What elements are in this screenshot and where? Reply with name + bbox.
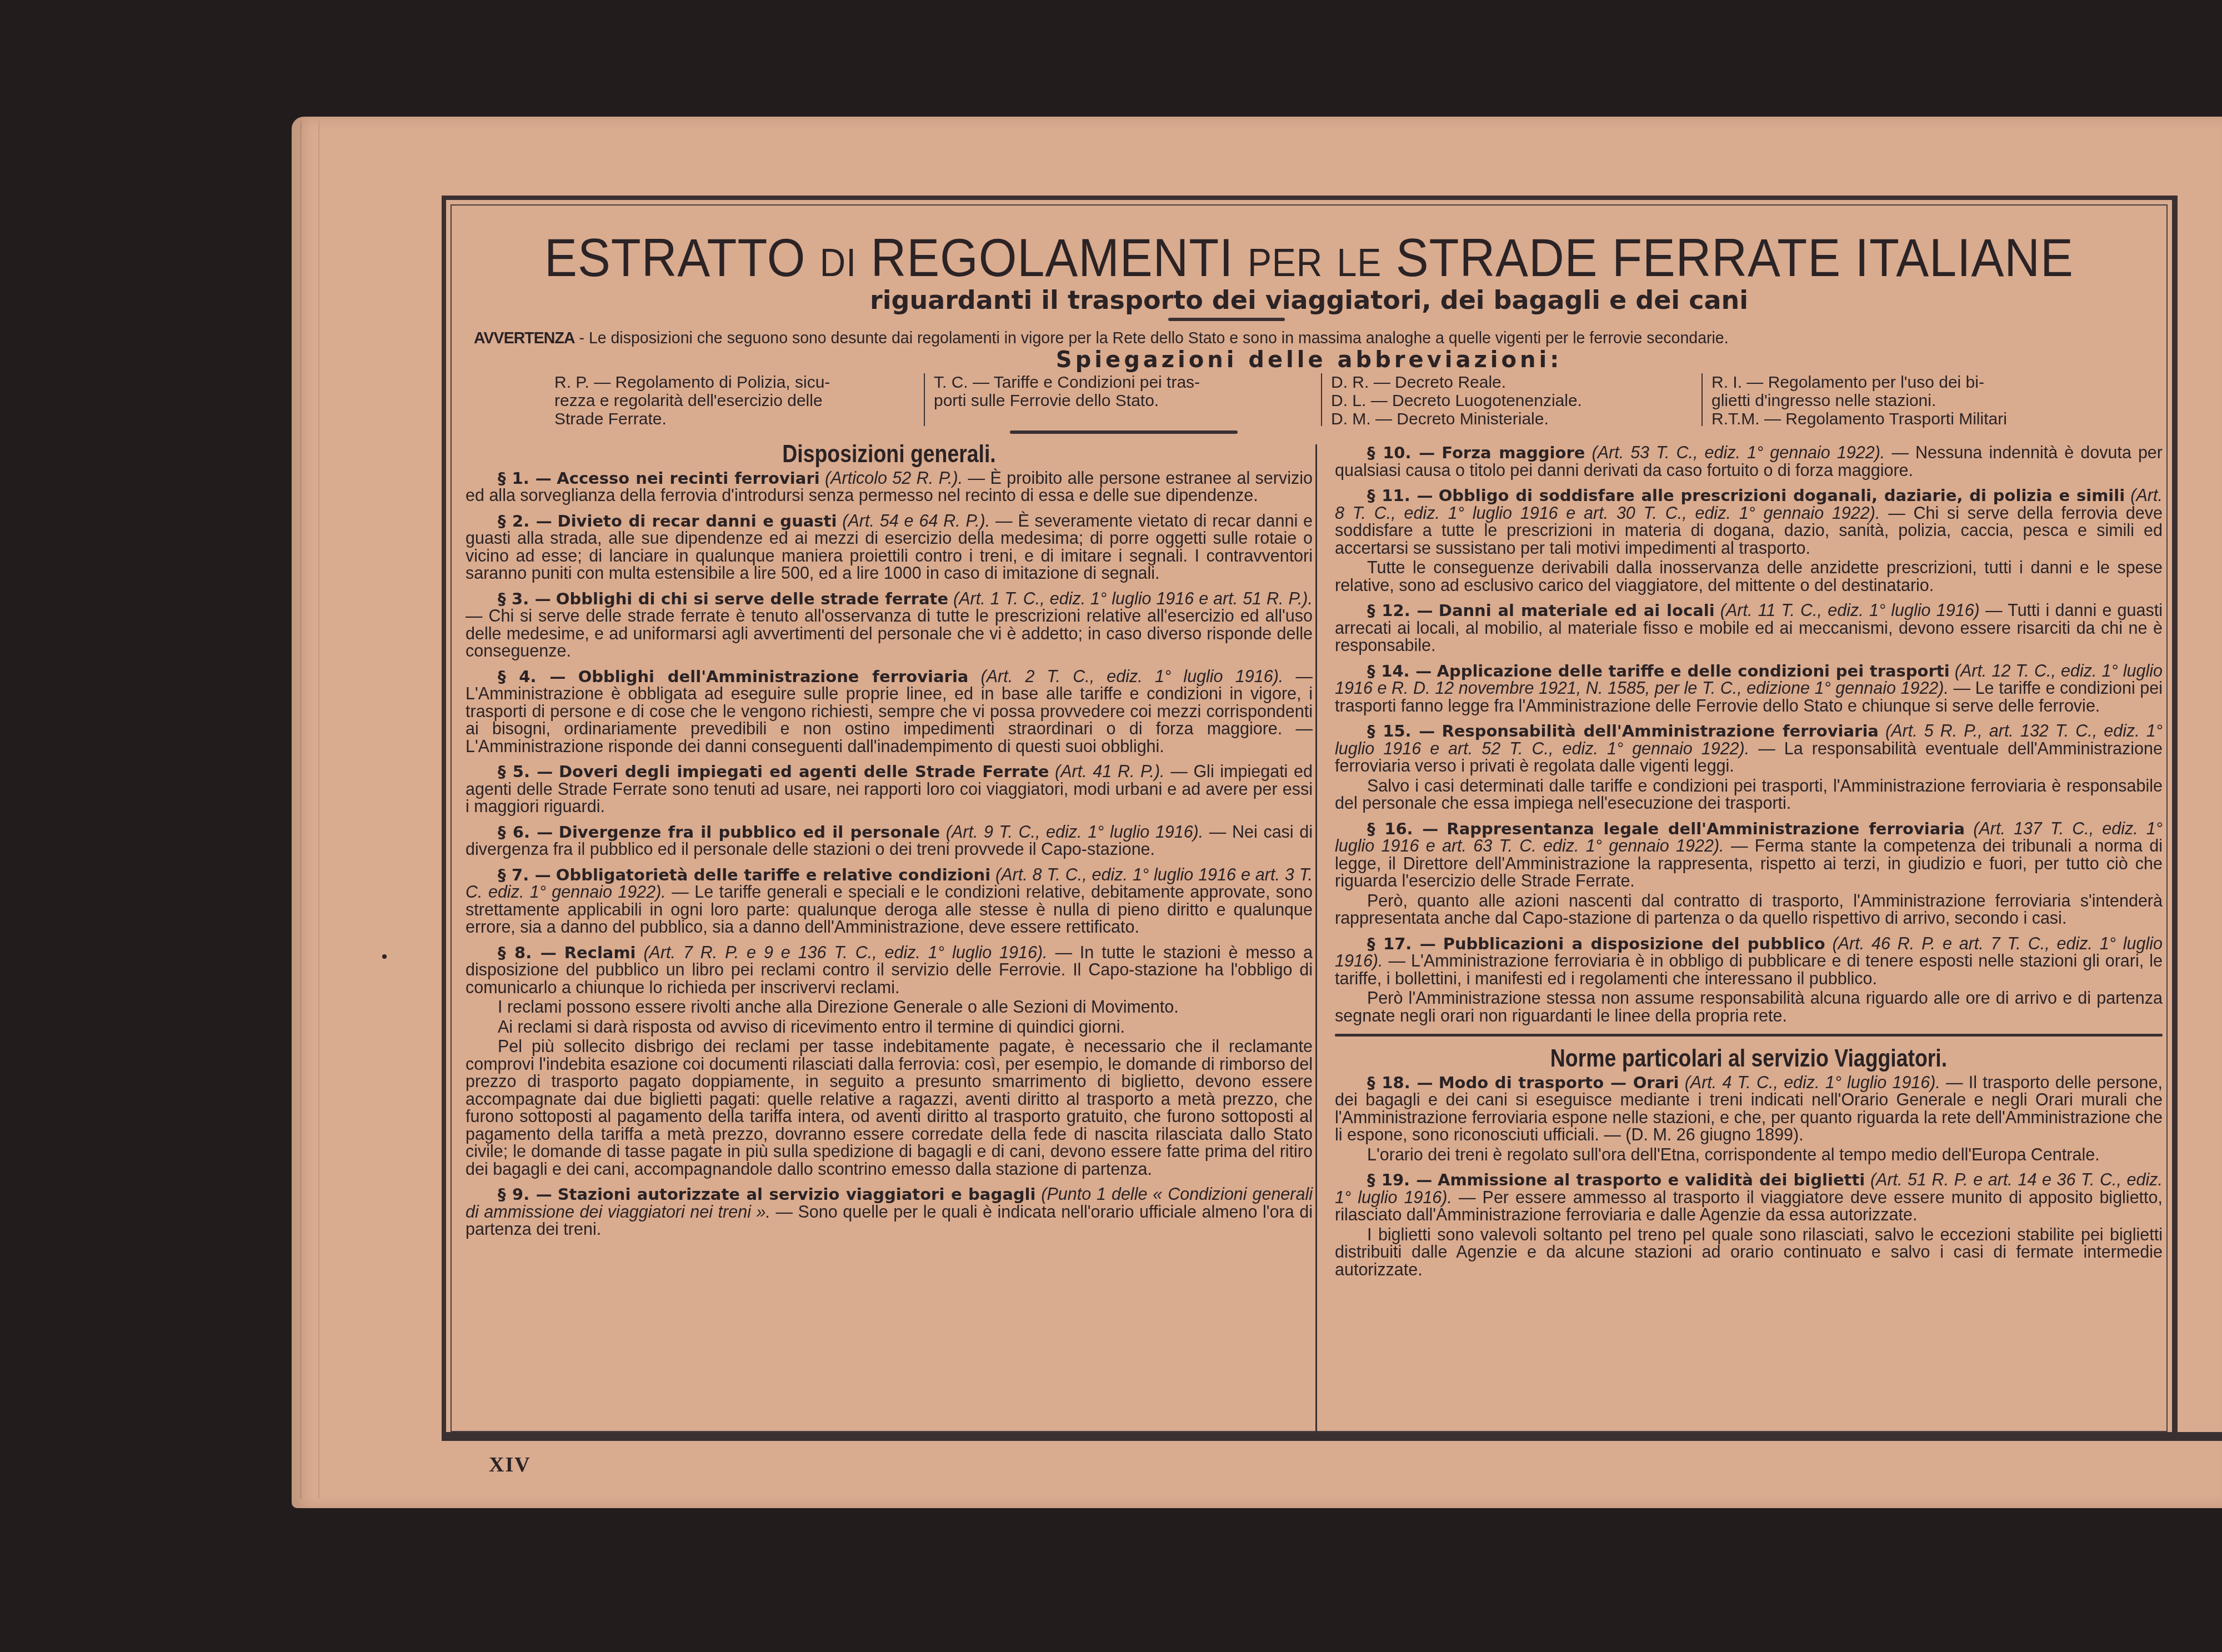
paragraph-reference: (Art. 9 T. C., ediz. 1° luglio 1916).: [940, 823, 1203, 842]
title-word: LE: [1337, 241, 1382, 284]
bottom-rule: [442, 1432, 2222, 1441]
title-word: DI: [820, 241, 857, 284]
abbreviation-entry: R. I. — Regolamento per l'uso dei bi- gl…: [1701, 373, 2067, 426]
paragraph-reference: (Articolo 52 R. P.).: [820, 469, 963, 488]
regulation-paragraph: § 1. — Accesso nei recinti ferroviari (A…: [466, 470, 1313, 505]
paragraph-number: § 12. —: [1335, 601, 1433, 620]
paragraph-text: — Chi si serve delle strade ferrate è te…: [466, 607, 1313, 660]
regulation-paragraph: § 16. — Rappresentanza legale dell'Ammin…: [1335, 820, 2163, 890]
left-paragraphs: § 1. — Accesso nei recinti ferroviari (A…: [466, 470, 1313, 1239]
paragraph-heading: Danni al materiale ed ai locali: [1439, 601, 1715, 620]
abbreviation-line: D. L. — Decreto Luogotenenziale.: [1331, 392, 1620, 410]
document-title: ESTRATTO DI REGOLAMENTI PER LE STRADE FE…: [515, 228, 2103, 289]
regulation-paragraph: § 19. — Ammissione al trasporto e validi…: [1335, 1172, 2163, 1224]
paragraph-heading: Modo di trasporto — Orari: [1439, 1073, 1679, 1092]
abbreviation-line: R. P. — Regolamento di Polizia, sicu-: [554, 373, 799, 392]
paragraph-heading: Divieto di recar danni e guasti: [558, 512, 837, 530]
regulation-paragraph: § 11. — Obbligo di soddisfare alle presc…: [1335, 487, 2163, 557]
regulation-paragraph: § 3. — Obblighi di chi si serve delle st…: [466, 590, 1313, 660]
paragraph-number: § 6. —: [466, 823, 553, 842]
abbreviations-table: R. P. — Regolamento di Polizia, sicu- re…: [446, 373, 2172, 429]
regulation-subparagraph: Pel più sollecito disbrigo dei reclami p…: [466, 1038, 1313, 1178]
paragraph-number: § 9. —: [466, 1185, 552, 1204]
paragraph-text: — Per essere ammesso al trasporto il via…: [1335, 1188, 2163, 1225]
right-paragraphs-2: § 18. — Modo di trasporto — Orari (Art. …: [1335, 1074, 2163, 1279]
paragraph-number: § 7. —: [466, 865, 551, 884]
abbreviation-line: Strade Ferrate.: [554, 410, 799, 428]
paragraph-heading: Obblighi di chi si serve delle strade fe…: [556, 589, 948, 608]
paragraph-reference: (Art. 54 e 64 R. P.).: [837, 512, 990, 530]
regulation-paragraph: § 18. — Modo di trasporto — Orari (Art. …: [1335, 1074, 2163, 1144]
abbreviation-line: glietti d'ingresso nelle stazioni.: [1711, 392, 2067, 410]
regulation-subparagraph: I reclami possono essere rivolti anche a…: [466, 999, 1313, 1017]
paragraph-number: § 11. —: [1335, 486, 1433, 505]
abbreviation-line: D. R. — Decreto Reale.: [1331, 373, 1620, 392]
paragraph-text: — L'Amministrazione ferroviaria è in obb…: [1335, 952, 2163, 988]
margin-mark: [382, 954, 387, 959]
regulation-subparagraph: Però l'Amministrazione stessa non assume…: [1335, 990, 2163, 1025]
title-word: REGOLAMENTI: [871, 228, 1234, 288]
regulation-paragraph: § 6. — Divergenze fra il pubblico ed il …: [466, 824, 1313, 859]
paragraph-reference: (Art. 7 R. P. e 9 e 136 T. C., ediz. 1° …: [636, 943, 1048, 962]
regulation-paragraph: § 12. — Danni al materiale ed ai locali …: [1335, 602, 2163, 655]
paragraph-number: § 17. —: [1335, 934, 1436, 953]
paragraph-number: § 8. —: [466, 943, 557, 962]
paragraph-heading: Pubblicazioni a disposizione del pubblic…: [1443, 934, 1825, 953]
paragraph-heading: Accesso nei recinti ferroviari: [557, 469, 819, 488]
paragraph-heading: Divergenze fra il pubblico ed il persona…: [559, 823, 940, 842]
paragraph-number: § 5. —: [466, 762, 553, 781]
paragraph-number: § 1. —: [466, 469, 552, 488]
abbreviation-line: T. C. — Tariffe e Condizioni pei tras-: [934, 373, 1167, 392]
paragraph-heading: Doveri degli impiegati ed agenti delle S…: [559, 762, 1049, 781]
regulation-paragraph: § 10. — Forza maggiore (Art. 53 T. C., e…: [1335, 444, 2163, 479]
right-column: § 10. — Forza maggiore (Art. 53 T. C., e…: [1335, 444, 2163, 1286]
abbreviation-line: porti sulle Ferrovie dello Stato.: [934, 392, 1167, 410]
right-paragraphs: § 10. — Forza maggiore (Art. 53 T. C., e…: [1335, 444, 2163, 1025]
abbreviation-line: D. M. — Decreto Ministeriale.: [1331, 410, 1620, 428]
regulation-subparagraph: Però, quanto alle azioni nascenti dal co…: [1335, 893, 2163, 928]
paragraph-number: § 15. —: [1335, 722, 1435, 740]
paragraph-number: § 2. —: [466, 512, 552, 530]
left-column: Disposizioni generali. § 1. — Accesso ne…: [466, 444, 1313, 1246]
paragraph-heading: Obblighi dell'Amministrazione ferroviari…: [578, 667, 969, 686]
regulation-subparagraph: Ai reclami si darà risposta od avviso di…: [466, 1019, 1313, 1037]
abbreviation-entry: D. R. — Decreto Reale. D. L. — Decreto L…: [1321, 373, 1620, 426]
regulation-subparagraph: Salvo i casi determinati dalle tariffe e…: [1335, 778, 2163, 813]
abbreviations-rule: [1010, 430, 1238, 434]
abbreviations-title: Spiegazioni delle abbreviazioni:: [446, 347, 2172, 373]
paragraph-number: § 3. —: [466, 589, 551, 608]
section-divider: [1335, 1034, 2163, 1037]
title-word: PER: [1248, 241, 1323, 284]
avvertenza-text: - Le disposizioni che seguono sono desun…: [575, 329, 1729, 347]
avvertenza-label: AVVERTENZA: [474, 329, 575, 347]
regulation-paragraph: § 2. — Divieto di recar danni e guasti (…: [466, 513, 1313, 583]
regulation-subparagraph: Tutte le conseguenze derivabili dalla in…: [1335, 559, 2163, 594]
paragraph-reference: (Art. 1 T. C., ediz. 1° luglio 1916 e ar…: [948, 589, 1313, 608]
title-rule: [1168, 318, 1285, 321]
document-frame: ESTRATTO DI REGOLAMENTI PER LE STRADE FE…: [442, 196, 2178, 1440]
paragraph-heading: Obbligatorietà delle tariffe e relative …: [556, 865, 990, 884]
regulation-paragraph: § 7. — Obbligatorietà delle tariffe e re…: [466, 867, 1313, 937]
paragraph-heading: Responsabilità dell'Amministrazione ferr…: [1442, 722, 1879, 740]
paragraph-number: § 14. —: [1335, 662, 1432, 680]
paragraph-reference: (Art. 41 R. P.).: [1049, 762, 1164, 781]
regulation-paragraph: § 15. — Responsabilità dell'Amministrazi…: [1335, 723, 2163, 775]
title-word: ESTRATTO: [544, 228, 805, 288]
regulation-subparagraph: L'orario dei treni è regolato sull'ora d…: [1335, 1147, 2163, 1164]
paragraph-number: § 4. —: [466, 667, 565, 686]
paragraph-heading: Rappresentanza legale dell'Amministrazio…: [1447, 819, 1965, 838]
paragraph-reference: (Art. 11 T. C., ediz. 1° luglio 1916): [1715, 601, 1980, 620]
paragraph-number: § 19. —: [1335, 1170, 1432, 1189]
paragraph-number: § 18. —: [1335, 1073, 1433, 1092]
paragraph-reference: (Art. 4 T. C., ediz. 1° luglio 1916).: [1679, 1073, 1940, 1092]
paragraph-heading: Reclami: [564, 943, 636, 962]
avvertenza-notice: AVVERTENZA - Le disposizioni che seguono…: [474, 329, 2071, 348]
paragraph-heading: Obbligo di soddisfare alle prescrizioni …: [1439, 486, 2125, 505]
regulation-paragraph: § 5. — Doveri degli impiegati ed agenti …: [466, 763, 1313, 816]
document-subtitle: riguardanti il trasporto dei viaggiatori…: [446, 285, 2172, 315]
title-word: STRADE FERRATE ITALIANE: [1396, 228, 2074, 288]
abbreviation-line: R. I. — Regolamento per l'uso dei bi-: [1711, 373, 2067, 392]
abbreviation-line: rezza e regolarità dell'esercizio delle: [554, 392, 799, 410]
page-number: XIV: [489, 1453, 531, 1477]
paragraph-heading: Stazioni autorizzate al servizio viaggia…: [558, 1185, 1036, 1204]
regulation-paragraph: § 4. — Obblighi dell'Amministrazione fer…: [466, 668, 1313, 756]
regulation-subparagraph: I biglietti sono valevoli soltanto pel t…: [1335, 1227, 2163, 1279]
regulation-paragraph: § 17. — Pubblicazioni a disposizione del…: [1335, 935, 2163, 988]
regulation-paragraph: § 8. — Reclami (Art. 7 R. P. e 9 e 136 T…: [466, 944, 1313, 997]
column-divider: [1315, 444, 1317, 1435]
abbreviation-entry: R. P. — Regolamento di Polizia, sicu- re…: [554, 373, 799, 428]
paragraph-reference: (Art. 2 T. C., ediz. 1° luglio 1916).: [968, 667, 1283, 686]
paragraph-number: § 10. —: [1335, 443, 1435, 462]
section-title-passengers: Norme particolari al servizio Viaggiator…: [1397, 1050, 2101, 1068]
paragraph-heading: Applicazione delle tariffe e delle condi…: [1437, 662, 1949, 680]
paragraph-reference: (Art. 53 T. C., ediz. 1° gennaio 1922).: [1585, 443, 1885, 462]
paragraph-number: § 16. —: [1335, 819, 1438, 838]
abbreviation-entry: T. C. — Tariffe e Condizioni pei tras- p…: [924, 373, 1167, 426]
section-title-general: Disposizioni generali.: [529, 445, 1249, 463]
page-binding-edge: [300, 121, 319, 1499]
abbreviation-line: R.T.M. — Regolamento Trasporti Militari: [1711, 410, 2067, 428]
paragraph-heading: Ammissione al trasporto e validità dei b…: [1438, 1170, 1865, 1189]
regulation-paragraph: § 9. — Stazioni autorizzate al servizio …: [466, 1186, 1313, 1239]
regulation-paragraph: § 14. — Applicazione delle tariffe e del…: [1335, 663, 2163, 715]
paragraph-heading: Forza maggiore: [1442, 443, 1585, 462]
